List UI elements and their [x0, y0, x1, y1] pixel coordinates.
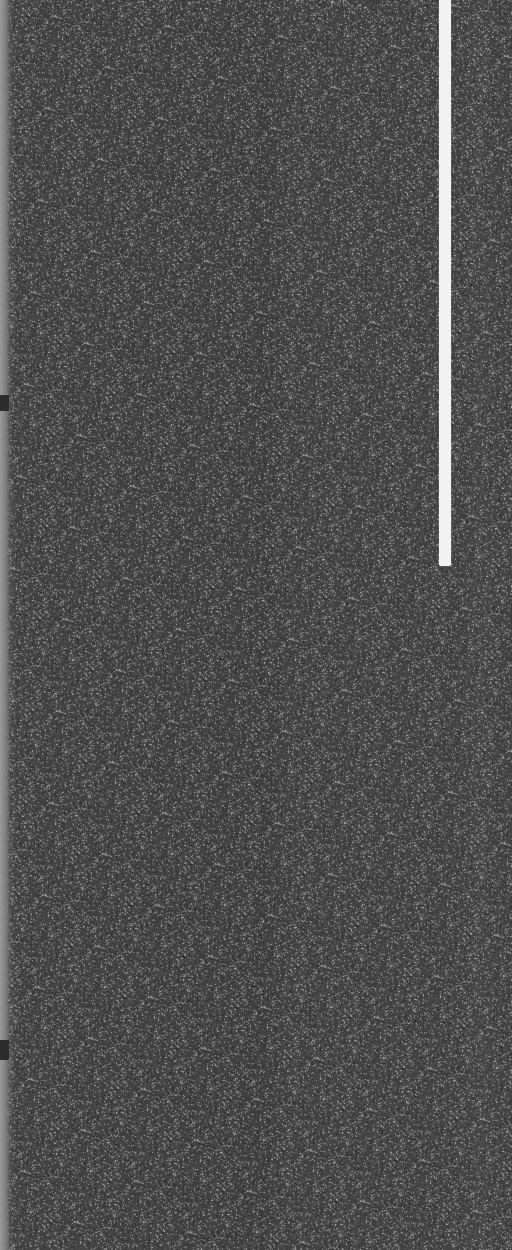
- edge-crack: [0, 395, 9, 411]
- asphalt-texture: [0, 0, 512, 1250]
- left-road-edge: [0, 0, 10, 1250]
- edge-crack: [0, 1040, 9, 1060]
- road-scene: [0, 0, 512, 1250]
- lane-marking: [439, 0, 451, 566]
